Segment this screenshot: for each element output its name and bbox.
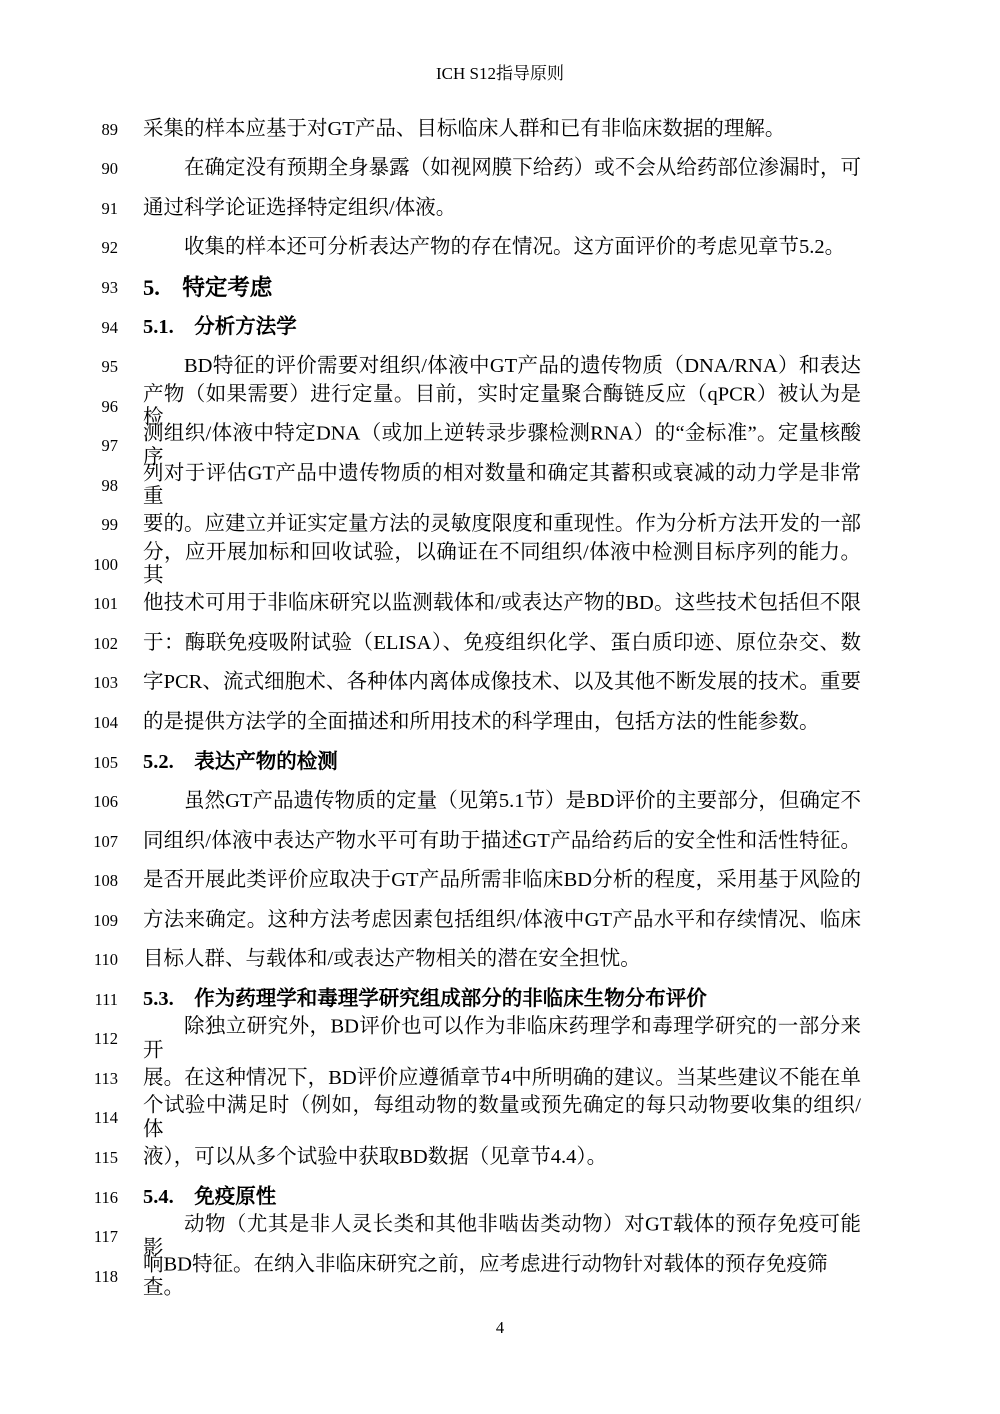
line-number: 107 xyxy=(74,833,118,850)
line-number: 94 xyxy=(74,319,118,336)
text-line: 93 5. 特定考虑 xyxy=(0,268,1000,308)
text-line: 115 液），可以从多个试验中获取BD数据（见章节4.4）。 xyxy=(0,1138,1000,1178)
line-number: 93 xyxy=(74,280,118,297)
document-body: 89 采集的样本应基于对GT产品、目标临床人群和已有非临床数据的理解。 90 在… xyxy=(0,110,1000,1296)
line-number: 117 xyxy=(74,1229,118,1246)
line-number: 103 xyxy=(74,675,118,692)
text-line: 96 产物（如果需要）进行定量。目前，实时定量聚合酶链反应（qPCR）被认为是检 xyxy=(0,387,1000,427)
line-number: 104 xyxy=(74,715,118,732)
text-line: 101 他技术可用于非临床研究以监测载体和/或表达产物的BD。这些技术包括但不限 xyxy=(0,585,1000,625)
text-line: 112 除独立研究外，BD评价也可以作为非临床药理学和毒理学研究的一部分来开 xyxy=(0,1020,1000,1060)
text-line: 114 个试验中满足时（例如，每组动物的数量或预先确定的每只动物要收集的组织/体 xyxy=(0,1099,1000,1139)
text-line: 107 同组织/体液中表达产物水平可有助于描述GT产品给药后的安全性和活性特征。 xyxy=(0,822,1000,862)
text-line: 95 BD特征的评价需要对组织/体液中GT产品的遗传物质（DNA/RNA）和表达 xyxy=(0,347,1000,387)
text-line: 92 收集的样本还可分析表达产物的存在情况。这方面评价的考虑见章节5.2。 xyxy=(0,229,1000,269)
line-text: 分，应开展加标和回收试验，以确证在不同组织/体液中检测目标序列的能力。其 xyxy=(143,541,861,588)
text-line: 105 5.2. 表达产物的检测 xyxy=(0,743,1000,783)
line-number: 99 xyxy=(74,517,118,534)
line-number: 89 xyxy=(74,122,118,139)
text-line: 116 5.4. 免疫原性 xyxy=(0,1178,1000,1218)
text-line: 103 字PCR、流式细胞术、各种体内离体成像技术、以及其他不断发展的技术。重要 xyxy=(0,664,1000,704)
line-text: 要的。应建立并证实定量方法的灵敏度限度和重现性。作为分析方法开发的一部 xyxy=(143,513,861,537)
text-line: 106 虽然GT产品遗传物质的定量（见第5.1节）是BD评价的主要部分，但确定不 xyxy=(0,782,1000,822)
line-text: 方法来确定。这种方法考虑因素包括组织/体液中GT产品水平和存续情况、临床 xyxy=(143,909,861,933)
line-number: 112 xyxy=(74,1031,118,1048)
text-line: 98 列对于评估GT产品中遗传物质的相对数量和确定其蓄积或衰减的动力学是非常重 xyxy=(0,466,1000,506)
line-number: 116 xyxy=(74,1189,118,1206)
line-text: BD特征的评价需要对组织/体液中GT产品的遗传物质（DNA/RNA）和表达 xyxy=(143,355,861,379)
line-text: 是否开展此类评价应取决于GT产品所需非临床BD分析的程度，采用基于风险的 xyxy=(143,869,861,893)
text-line: 104 的是提供方法学的全面描述和所用技术的科学理由，包括方法的性能参数。 xyxy=(0,703,1000,743)
line-number: 115 xyxy=(74,1150,118,1167)
text-line: 108 是否开展此类评价应取决于GT产品所需非临床BD分析的程度，采用基于风险的 xyxy=(0,861,1000,901)
line-text: 采集的样本应基于对GT产品、目标临床人群和已有非临床数据的理解。 xyxy=(143,118,861,142)
text-line: 90 在确定没有预期全身暴露（如视网膜下给药）或不会从给药部位渗漏时，可 xyxy=(0,150,1000,190)
line-text: 液），可以从多个试验中获取BD数据（见章节4.4）。 xyxy=(143,1146,861,1170)
line-text: 5.2. 表达产物的检测 xyxy=(143,751,861,775)
line-text: 目标人群、与载体和/或表达产物相关的潜在安全担忧。 xyxy=(143,948,861,972)
line-number: 118 xyxy=(74,1268,118,1285)
line-text: 列对于评估GT产品中遗传物质的相对数量和确定其蓄积或衰减的动力学是非常重 xyxy=(143,462,861,509)
line-number: 95 xyxy=(74,359,118,376)
line-text: 除独立研究外，BD评价也可以作为非临床药理学和毒理学研究的一部分来开 xyxy=(143,1016,861,1063)
line-number: 98 xyxy=(74,477,118,494)
line-number: 96 xyxy=(74,398,118,415)
line-number: 111 xyxy=(74,992,118,1009)
text-line: 111 5.3. 作为药理学和毒理学研究组成部分的非临床生物分布评价 xyxy=(0,980,1000,1020)
page-number: 4 xyxy=(0,1320,1000,1337)
line-number: 109 xyxy=(74,912,118,929)
line-text: 个试验中满足时（例如，每组动物的数量或预先确定的每只动物要收集的组织/体 xyxy=(143,1095,861,1142)
line-number: 110 xyxy=(74,952,118,969)
line-text: 5.4. 免疫原性 xyxy=(143,1186,861,1210)
text-line: 94 5.1. 分析方法学 xyxy=(0,308,1000,348)
line-number: 108 xyxy=(74,873,118,890)
line-number: 113 xyxy=(74,1071,118,1088)
line-text: 同组织/体液中表达产物水平可有助于描述GT产品给药后的安全性和活性特征。 xyxy=(143,830,861,854)
line-text: 展。在这种情况下，BD评价应遵循章节4中所明确的建议。当某些建议不能在单 xyxy=(143,1067,861,1091)
line-text: 他技术可用于非临床研究以监测载体和/或表达产物的BD。这些技术包括但不限 xyxy=(143,593,861,617)
text-line: 113 展。在这种情况下，BD评价应遵循章节4中所明确的建议。当某些建议不能在单 xyxy=(0,1059,1000,1099)
line-number: 102 xyxy=(74,636,118,653)
text-line: 99 要的。应建立并证实定量方法的灵敏度限度和重现性。作为分析方法开发的一部 xyxy=(0,505,1000,545)
line-text: 的是提供方法学的全面描述和所用技术的科学理由，包括方法的性能参数。 xyxy=(143,711,861,735)
line-number: 91 xyxy=(74,201,118,218)
line-text: 通过科学论证选择特定组织/体液。 xyxy=(143,197,861,221)
running-header: ICH S12指导原则 xyxy=(0,63,1000,85)
line-text: 响BD特征。在纳入非临床研究之前，应考虑进行动物针对载体的预存免疫筛查。 xyxy=(143,1253,861,1300)
line-text: 5. 特定考虑 xyxy=(143,275,861,301)
line-number: 105 xyxy=(74,754,118,771)
line-number: 100 xyxy=(74,557,118,574)
line-number: 97 xyxy=(74,438,118,455)
text-line: 102 于：酶联免疫吸附试验（ELISA）、免疫组织化学、蛋白质印迹、原位杂交、… xyxy=(0,624,1000,664)
text-line: 89 采集的样本应基于对GT产品、目标临床人群和已有非临床数据的理解。 xyxy=(0,110,1000,150)
text-line: 97 测组织/体液中特定DNA（或加上逆转录步骤检测RNA）的“金标准”。定量核… xyxy=(0,426,1000,466)
line-number: 90 xyxy=(74,161,118,178)
text-line: 118 响BD特征。在纳入非临床研究之前，应考虑进行动物针对载体的预存免疫筛查。 xyxy=(0,1257,1000,1297)
line-text: 5.1. 分析方法学 xyxy=(143,316,861,340)
line-text: 5.3. 作为药理学和毒理学研究组成部分的非临床生物分布评价 xyxy=(143,988,861,1012)
line-text: 收集的样本还可分析表达产物的存在情况。这方面评价的考虑见章节5.2。 xyxy=(143,237,861,261)
line-text: 于：酶联免疫吸附试验（ELISA）、免疫组织化学、蛋白质印迹、原位杂交、数 xyxy=(143,632,861,656)
line-text: 虽然GT产品遗传物质的定量（见第5.1节）是BD评价的主要部分，但确定不 xyxy=(143,790,861,814)
line-number: 106 xyxy=(74,794,118,811)
line-text: 字PCR、流式细胞术、各种体内离体成像技术、以及其他不断发展的技术。重要 xyxy=(143,672,861,696)
line-number: 114 xyxy=(74,1110,118,1127)
text-line: 110 目标人群、与载体和/或表达产物相关的潜在安全担忧。 xyxy=(0,940,1000,980)
text-line: 100 分，应开展加标和回收试验，以确证在不同组织/体液中检测目标序列的能力。其 xyxy=(0,545,1000,585)
text-line: 109 方法来确定。这种方法考虑因素包括组织/体液中GT产品水平和存续情况、临床 xyxy=(0,901,1000,941)
document-page: ICH S12指导原则 89 采集的样本应基于对GT产品、目标临床人群和已有非临… xyxy=(0,0,1000,1414)
text-line: 91 通过科学论证选择特定组织/体液。 xyxy=(0,189,1000,229)
line-text: 在确定没有预期全身暴露（如视网膜下给药）或不会从给药部位渗漏时，可 xyxy=(143,158,861,182)
line-number: 101 xyxy=(74,596,118,613)
line-number: 92 xyxy=(74,240,118,257)
text-line: 117 动物（尤其是非人灵长类和其他非啮齿类动物）对GT载体的预存免疫可能影 xyxy=(0,1217,1000,1257)
